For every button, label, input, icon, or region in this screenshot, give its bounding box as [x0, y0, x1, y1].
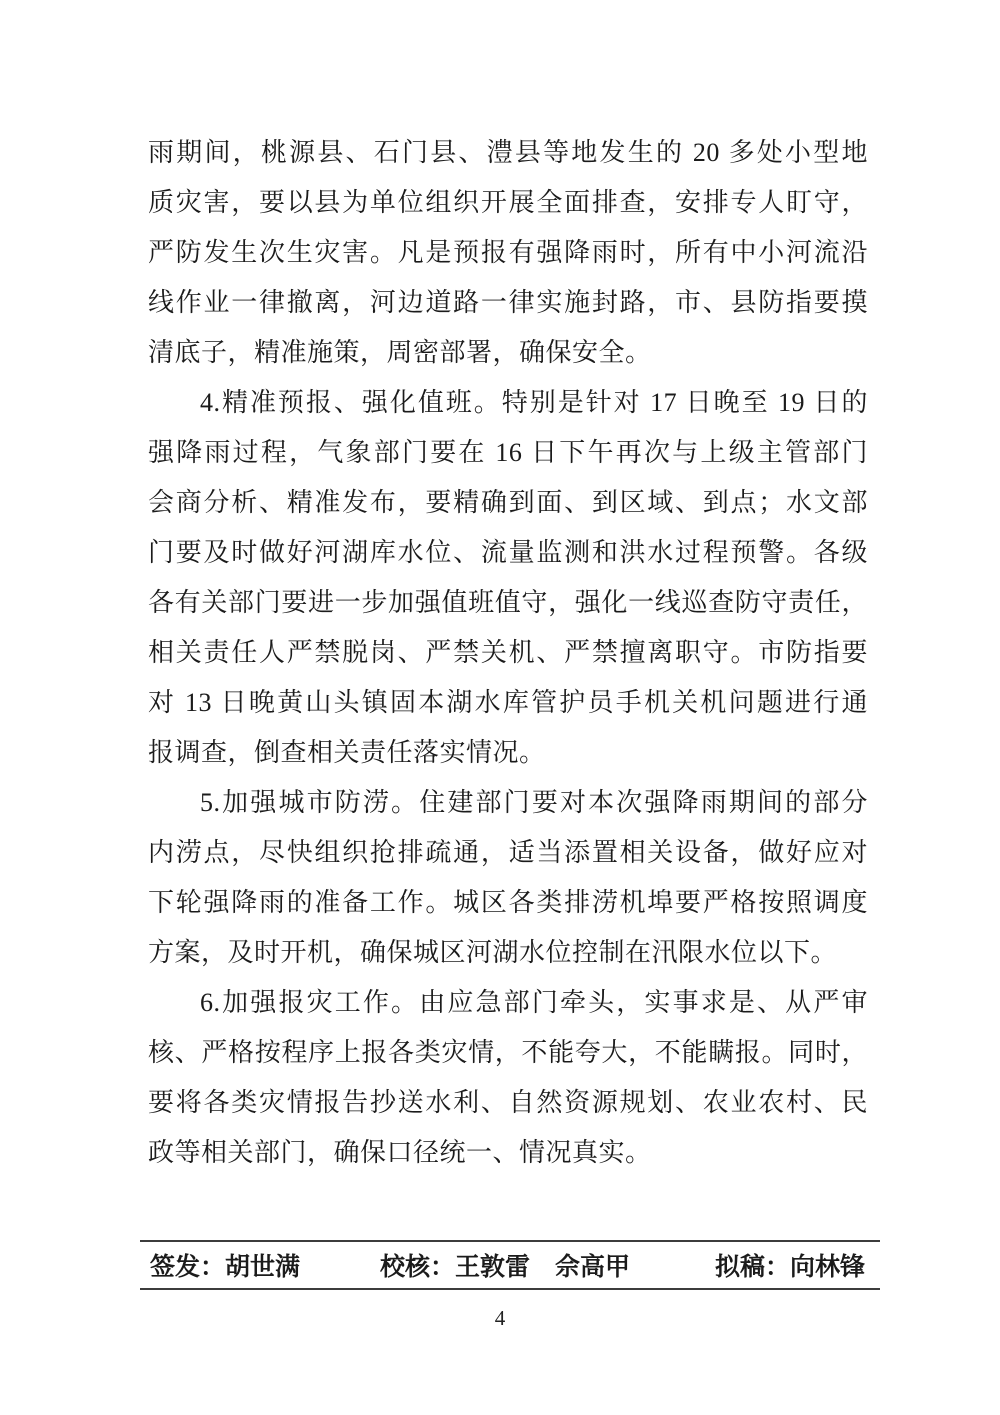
body-line: 核、严格按程序上报各类灾情，不能夸大，不能瞒报。同时， [148, 1028, 868, 1078]
body-line-item-6: 6.加强报灾工作。由应急部门牵头，实事求是、从严审 [148, 978, 868, 1028]
body-line: 清底子，精准施策，周密部署，确保安全。 [148, 328, 868, 378]
page-number: 4 [0, 1303, 1000, 1333]
body-line: 报调查，倒查相关责任落实情况。 [148, 728, 868, 778]
body-line: 会商分析、精准发布，要精确到面、到区域、到点；水文部 [148, 478, 868, 528]
footer-proofreaders: 校核：王敦雷 佘高甲 [380, 1247, 630, 1283]
body-line: 政等相关部门，确保口径统一、情况真实。 [148, 1128, 868, 1178]
body-line-item-4: 4.精准预报、强化值班。特别是针对 17 日晚至 19 日的 [148, 378, 868, 428]
body-line: 质灾害，要以县为单位组织开展全面排查，安排专人盯守， [148, 178, 868, 228]
body-line: 雨期间，桃源县、石门县、澧县等地发生的 20 多处小型地 [148, 128, 868, 178]
body-line: 对 13 日晚黄山头镇固本湖水库管护员手机关机问题进行通 [148, 678, 868, 728]
footer-signer: 签发：胡世满 [150, 1247, 300, 1283]
body-line: 要将各类灾情报告抄送水利、自然资源规划、农业农村、民 [148, 1078, 868, 1128]
document-body: 雨期间，桃源县、石门县、澧县等地发生的 20 多处小型地 质灾害，要以县为单位组… [148, 128, 868, 1178]
body-line: 各有关部门要进一步加强值班值守，强化一线巡查防守责任， [148, 578, 868, 628]
body-line: 方案，及时开机，确保城区河湖水位控制在汛限水位以下。 [148, 928, 868, 978]
signature-footer: 签发：胡世满 校核：王敦雷 佘高甲 拟稿：向林锋 [140, 1240, 880, 1290]
body-line: 相关责任人严禁脱岗、严禁关机、严禁擅离职守。市防指要 [148, 628, 868, 678]
body-line: 线作业一律撤离，河边道路一律实施封路，市、县防指要摸 [148, 278, 868, 328]
body-line: 强降雨过程，气象部门要在 16 日下午再次与上级主管部门 [148, 428, 868, 478]
body-line-item-5: 5.加强城市防涝。住建部门要对本次强降雨期间的部分 [148, 778, 868, 828]
body-line: 门要及时做好河湖库水位、流量监测和洪水过程预警。各级 [148, 528, 868, 578]
body-line: 内涝点，尽快组织抢排疏通，适当添置相关设备，做好应对 [148, 828, 868, 878]
footer-drafter: 拟稿：向林锋 [715, 1247, 865, 1283]
body-line: 严防发生次生灾害。凡是预报有强降雨时，所有中小河流沿 [148, 228, 868, 278]
body-line: 下轮强降雨的准备工作。城区各类排涝机埠要严格按照调度 [148, 878, 868, 928]
document-page: 雨期间，桃源县、石门县、澧县等地发生的 20 多处小型地 质灾害，要以县为单位组… [0, 0, 1000, 1415]
